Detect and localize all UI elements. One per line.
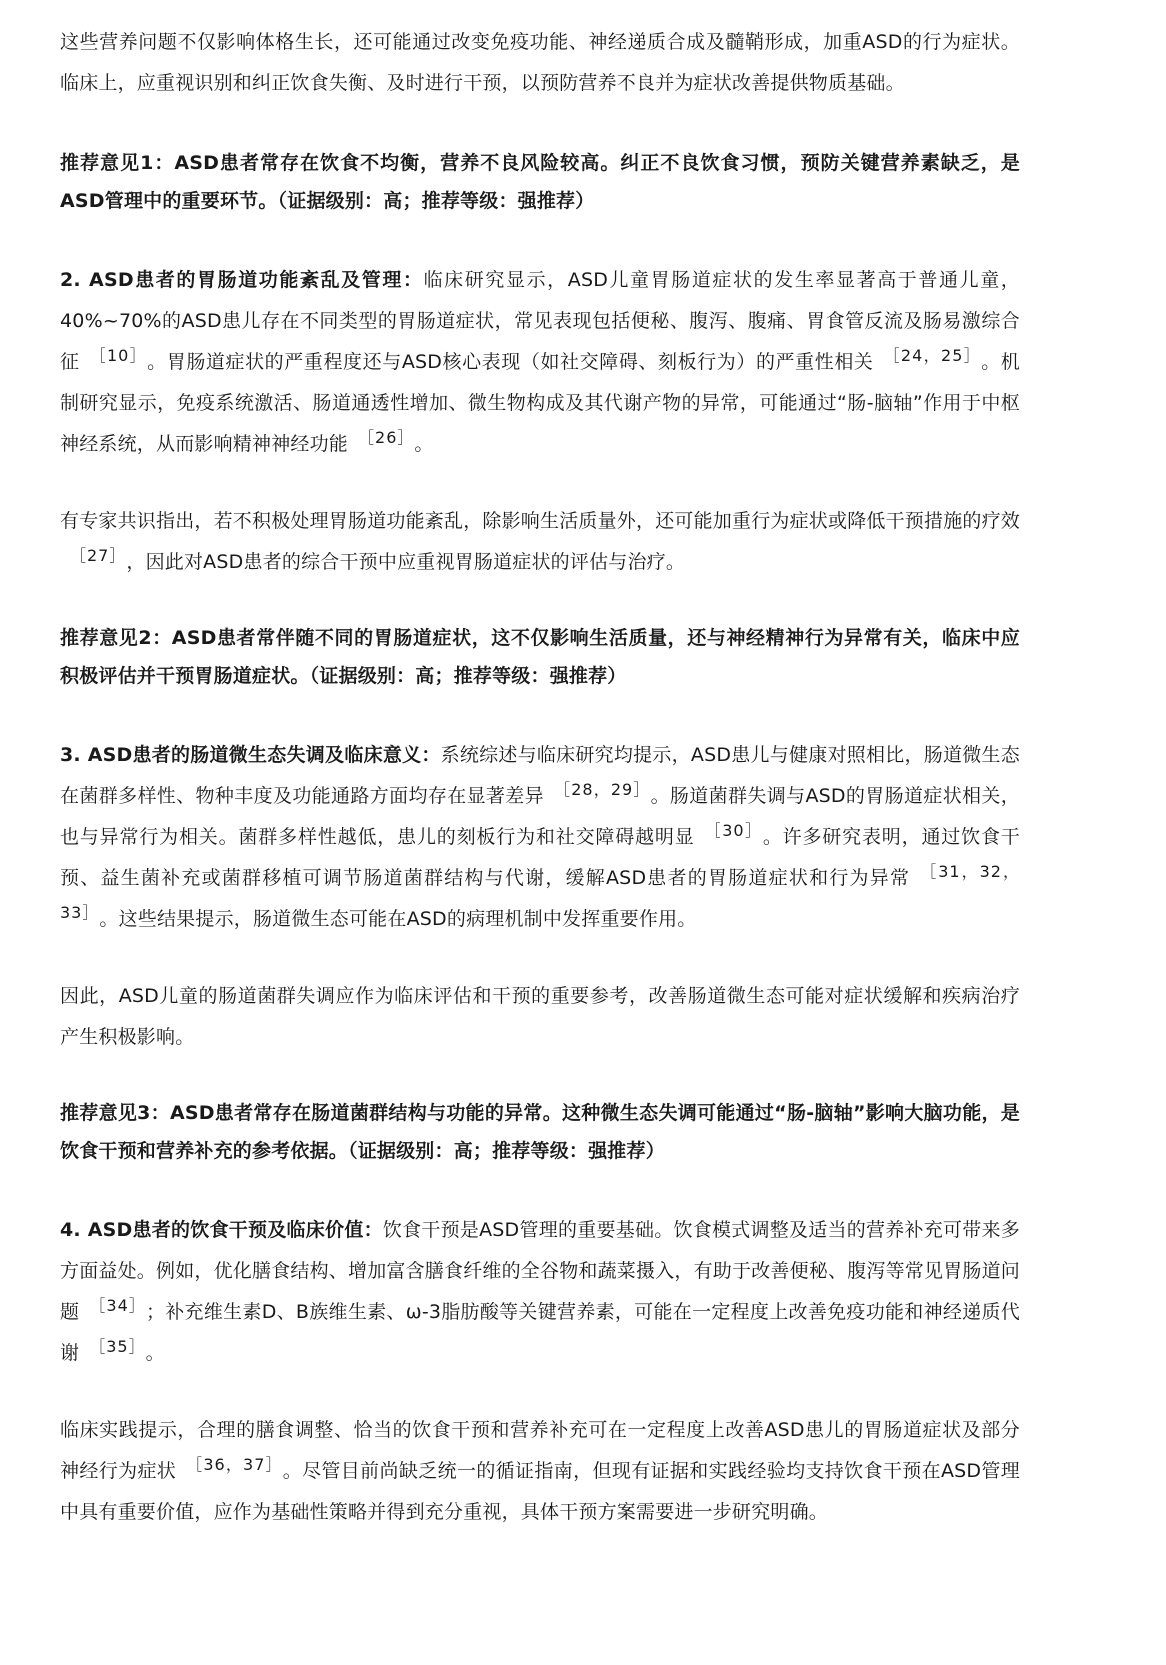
citation-link[interactable]: ［10］ — [80, 346, 148, 365]
citation-link[interactable]: ［24，25］ — [874, 346, 982, 365]
paragraph-text: 这些营养问题不仅影响体格生长，还可能通过改变免疫功能、神经递质合成及髓鞘形成，加… — [60, 31, 1020, 94]
section-2-gi-dysfunction: 2. ASD患者的胃肠道功能紊乱及管理：临床研究显示，ASD儿童胃肠道症状的发生… — [60, 260, 1020, 465]
recommendation-text: 推荐意见3：ASD患者常存在肠道菌群结构与功能的异常。这种微生态失调可能通过“肠… — [60, 1102, 1020, 1162]
recommendation-text: 推荐意见1：ASD患者常存在饮食不均衡，营养不良风险较高。纠正不良饮食习惯，预防… — [60, 152, 1020, 212]
citation-link[interactable]: ［36，37］ — [176, 1455, 283, 1474]
section-4-dietary-intervention: 4. ASD患者的饮食干预及临床价值：饮食干预是ASD管理的重要基础。饮食模式调… — [60, 1210, 1020, 1374]
article-body: 这些营养问题不仅影响体格生长，还可能通过改变免疫功能、神经递质合成及髓鞘形成，加… — [60, 22, 1020, 1569]
paragraph-text: 。 — [146, 1342, 165, 1364]
section-heading: 3. ASD患者的肠道微生态失调及临床意义： — [60, 744, 441, 766]
recommendation-3: 推荐意见3：ASD患者常存在肠道菌群结构与功能的异常。这种微生态失调可能通过“肠… — [60, 1094, 1020, 1170]
recommendation-text: 推荐意见2：ASD患者常伴随不同的胃肠道症状，这不仅影响生活质量，还与神经精神行… — [60, 627, 1020, 687]
recommendation-2: 推荐意见2：ASD患者常伴随不同的胃肠道症状，这不仅影响生活质量，还与神经精神行… — [60, 619, 1020, 695]
paragraph-text: ；补充维生素D、B族维生素、ω-3脂肪酸等关键营养素，可能在一定程度上改善免疫功… — [60, 1301, 1020, 1364]
paragraph-text: 。这些结果提示，肠道微生态可能在ASD的病理机制中发挥重要作用。 — [99, 908, 696, 930]
paragraph-intro: 这些营养问题不仅影响体格生长，还可能通过改变免疫功能、神经递质合成及髓鞘形成，加… — [60, 22, 1020, 104]
citation-link[interactable]: ［28，29］ — [544, 780, 651, 799]
section-3-gut-microbiota: 3. ASD患者的肠道微生态失调及临床意义：系统综述与临床研究均提示，ASD患儿… — [60, 735, 1020, 940]
recommendation-1: 推荐意见1：ASD患者常存在饮食不均衡，营养不良风险较高。纠正不良饮食习惯，预防… — [60, 144, 1020, 220]
paragraph-microbiota-conclusion: 因此，ASD儿童的肠道菌群失调应作为临床评估和干预的重要参考，改善肠道微生态可能… — [60, 976, 1020, 1058]
citation-link[interactable]: ［30］ — [695, 821, 763, 840]
citation-link[interactable]: ［35］ — [79, 1337, 145, 1356]
citation-link[interactable]: ［26］ — [348, 428, 414, 447]
paragraph-text: 。 — [414, 433, 433, 455]
paragraph-expert-consensus: 有专家共识指出，若不积极处理胃肠道功能紊乱，除影响生活质量外，还可能加重行为症状… — [60, 501, 1020, 583]
paragraph-clinical-practice: 临床实践提示，合理的膳食调整、恰当的饮食干预和营养补充可在一定程度上改善ASD患… — [60, 1410, 1020, 1533]
citation-link[interactable]: ［34］ — [79, 1296, 146, 1315]
paragraph-text: 有专家共识指出，若不积极处理胃肠道功能紊乱，除影响生活质量外，还可能加重行为症状… — [60, 510, 1020, 532]
paragraph-text: 。胃肠道症状的严重程度还与ASD核心表现（如社交障碍、刻板行为）的严重性相关 — [147, 351, 873, 373]
citation-link[interactable]: ［27］ — [60, 546, 126, 565]
paragraph-text: 因此，ASD儿童的肠道菌群失调应作为临床评估和干预的重要参考，改善肠道微生态可能… — [60, 985, 1020, 1048]
section-heading: 4. ASD患者的饮食干预及临床价值： — [60, 1219, 383, 1241]
paragraph-text: ，因此对ASD患者的综合干预中应重视胃肠道症状的评估与治疗。 — [126, 551, 685, 573]
section-heading: 2. ASD患者的胃肠道功能紊乱及管理： — [60, 269, 424, 291]
